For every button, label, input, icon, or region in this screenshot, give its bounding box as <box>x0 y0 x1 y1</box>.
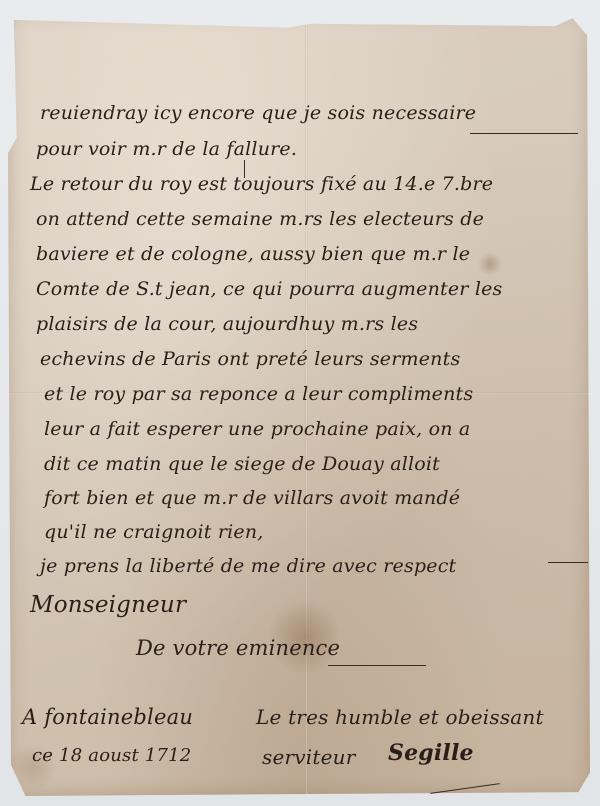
text-line: fort bien et que m.r de villars avoit ma… <box>44 487 460 509</box>
text-line: on attend cette semaine m.rs les electeu… <box>36 208 484 230</box>
text-line: plaisirs de la cour, aujourdhuy m.rs les <box>36 313 418 335</box>
line-flourish <box>548 562 588 563</box>
letter-text: reuiendray icy encore que je sois necess… <box>0 0 600 806</box>
servant: serviteur <box>262 745 355 769</box>
date: ce 18 aoust 1712 <box>32 745 191 766</box>
text-line: Comte de S.t jean, ce qui pourra augment… <box>36 278 503 300</box>
closing-formula: Le tres humble et obeissant <box>256 705 544 729</box>
closing: De votre eminence <box>136 636 340 660</box>
text-line: qu'il ne craignoit rien, <box>44 521 264 543</box>
text-line: pour voir m.r de la fallure. <box>36 138 297 160</box>
text-line: je prens la liberté de me dire avec resp… <box>40 555 456 577</box>
text-line: echevins de Paris ont preté leurs sermen… <box>40 348 460 370</box>
line-flourish <box>470 133 578 134</box>
text-line: dit ce matin que le siege de Douay alloi… <box>44 453 440 475</box>
text-line: et le roy par sa reponce a leur complime… <box>44 383 473 405</box>
text-line: reuiendray icy encore que je sois necess… <box>40 102 476 124</box>
text-line: Le retour du roy est toujours fixé au 14… <box>30 173 493 195</box>
text-line: leur a fait esperer une prochaine paix, … <box>44 418 470 440</box>
signature: Segille <box>388 740 474 766</box>
salutation: Monseigneur <box>30 592 186 618</box>
text-line: baviere et de cologne, aussy bien que m.… <box>36 243 470 265</box>
closing-flourish <box>328 665 426 666</box>
place: A fontainebleau <box>22 705 193 729</box>
signature-flourish <box>430 783 499 794</box>
